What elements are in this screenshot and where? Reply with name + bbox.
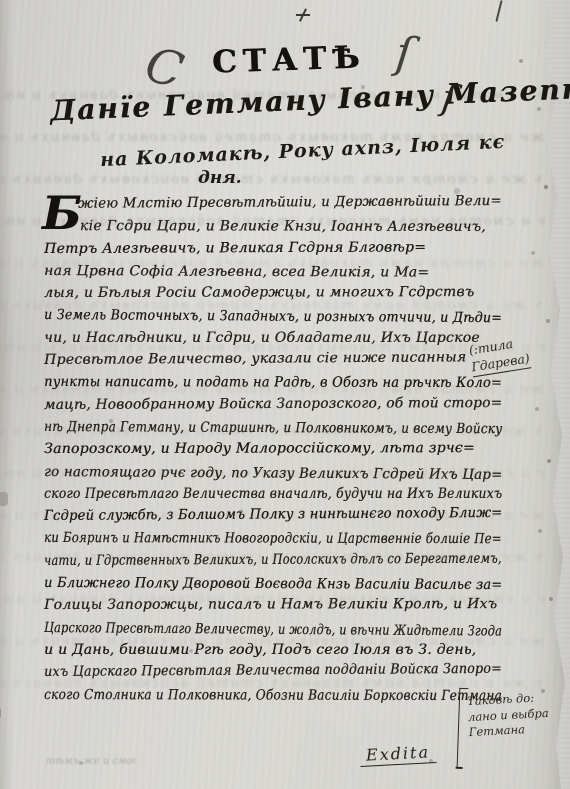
body-line: Голицы Запорожцы, писалъ и Намъ Великіи …	[44, 593, 502, 616]
body-line: Гсдрей службѣ, з Болшомъ Полку з нинѣшнє…	[44, 502, 471, 527]
body-line: Пресвѣтлое Величество, указали сіе ниже …	[44, 346, 502, 371]
body-line: кіе Гсдри Цари, и Великіе Кнзи, Іоаннъ А…	[44, 215, 502, 238]
ink-smudge: тѣмъ же и смотря намъ таковыхъ статей во…	[46, 756, 136, 767]
body-line: мацѣ, Новообранному Войска Запорозского,…	[44, 392, 492, 416]
body-line: жіею Млстію Пресвѣтлѣйшіи, и Державнѣйші…	[44, 190, 480, 215]
body-text: жіею Млстію Пресвѣтлѣйшіи, и Державнѣйші…	[44, 193, 504, 706]
page-title: СТАТѢ	[211, 39, 366, 80]
margin-note-bottom: Таковѣ до: лано и выбра Гетмана	[467, 690, 550, 741]
body-line: ихъ Царскаго Пресвѣтлая Величества подда…	[44, 658, 456, 683]
body-line: пункты написать, и подать на Радѣ, в Обо…	[44, 371, 468, 394]
body-line: Петръ Алезѣевичъ, и Великая Гсдрня Блгов…	[44, 236, 502, 260]
dateline-day: дня.	[198, 168, 242, 188]
body-line: чати, и Гдрственныхъ Великихъ, и Посолск…	[44, 548, 418, 572]
manuscript-scan: { "doc": { "folio_mark": "1", "title": "…	[0, 0, 570, 789]
body-line: ского Столника и Полковника, Обозни Васи…	[44, 684, 440, 707]
docket-latin: Exdita	[360, 742, 437, 767]
body-line: лыя, и Бѣлыя Росіи Самодержцы, и многихъ…	[44, 281, 502, 304]
collation-cross-mark	[295, 7, 311, 23]
body-line: ки Бояринъ и Намѣстникъ Новогородскіи, и…	[44, 527, 426, 550]
body-line: Запорозскому, и Народу Малороссійскому, …	[44, 437, 502, 460]
